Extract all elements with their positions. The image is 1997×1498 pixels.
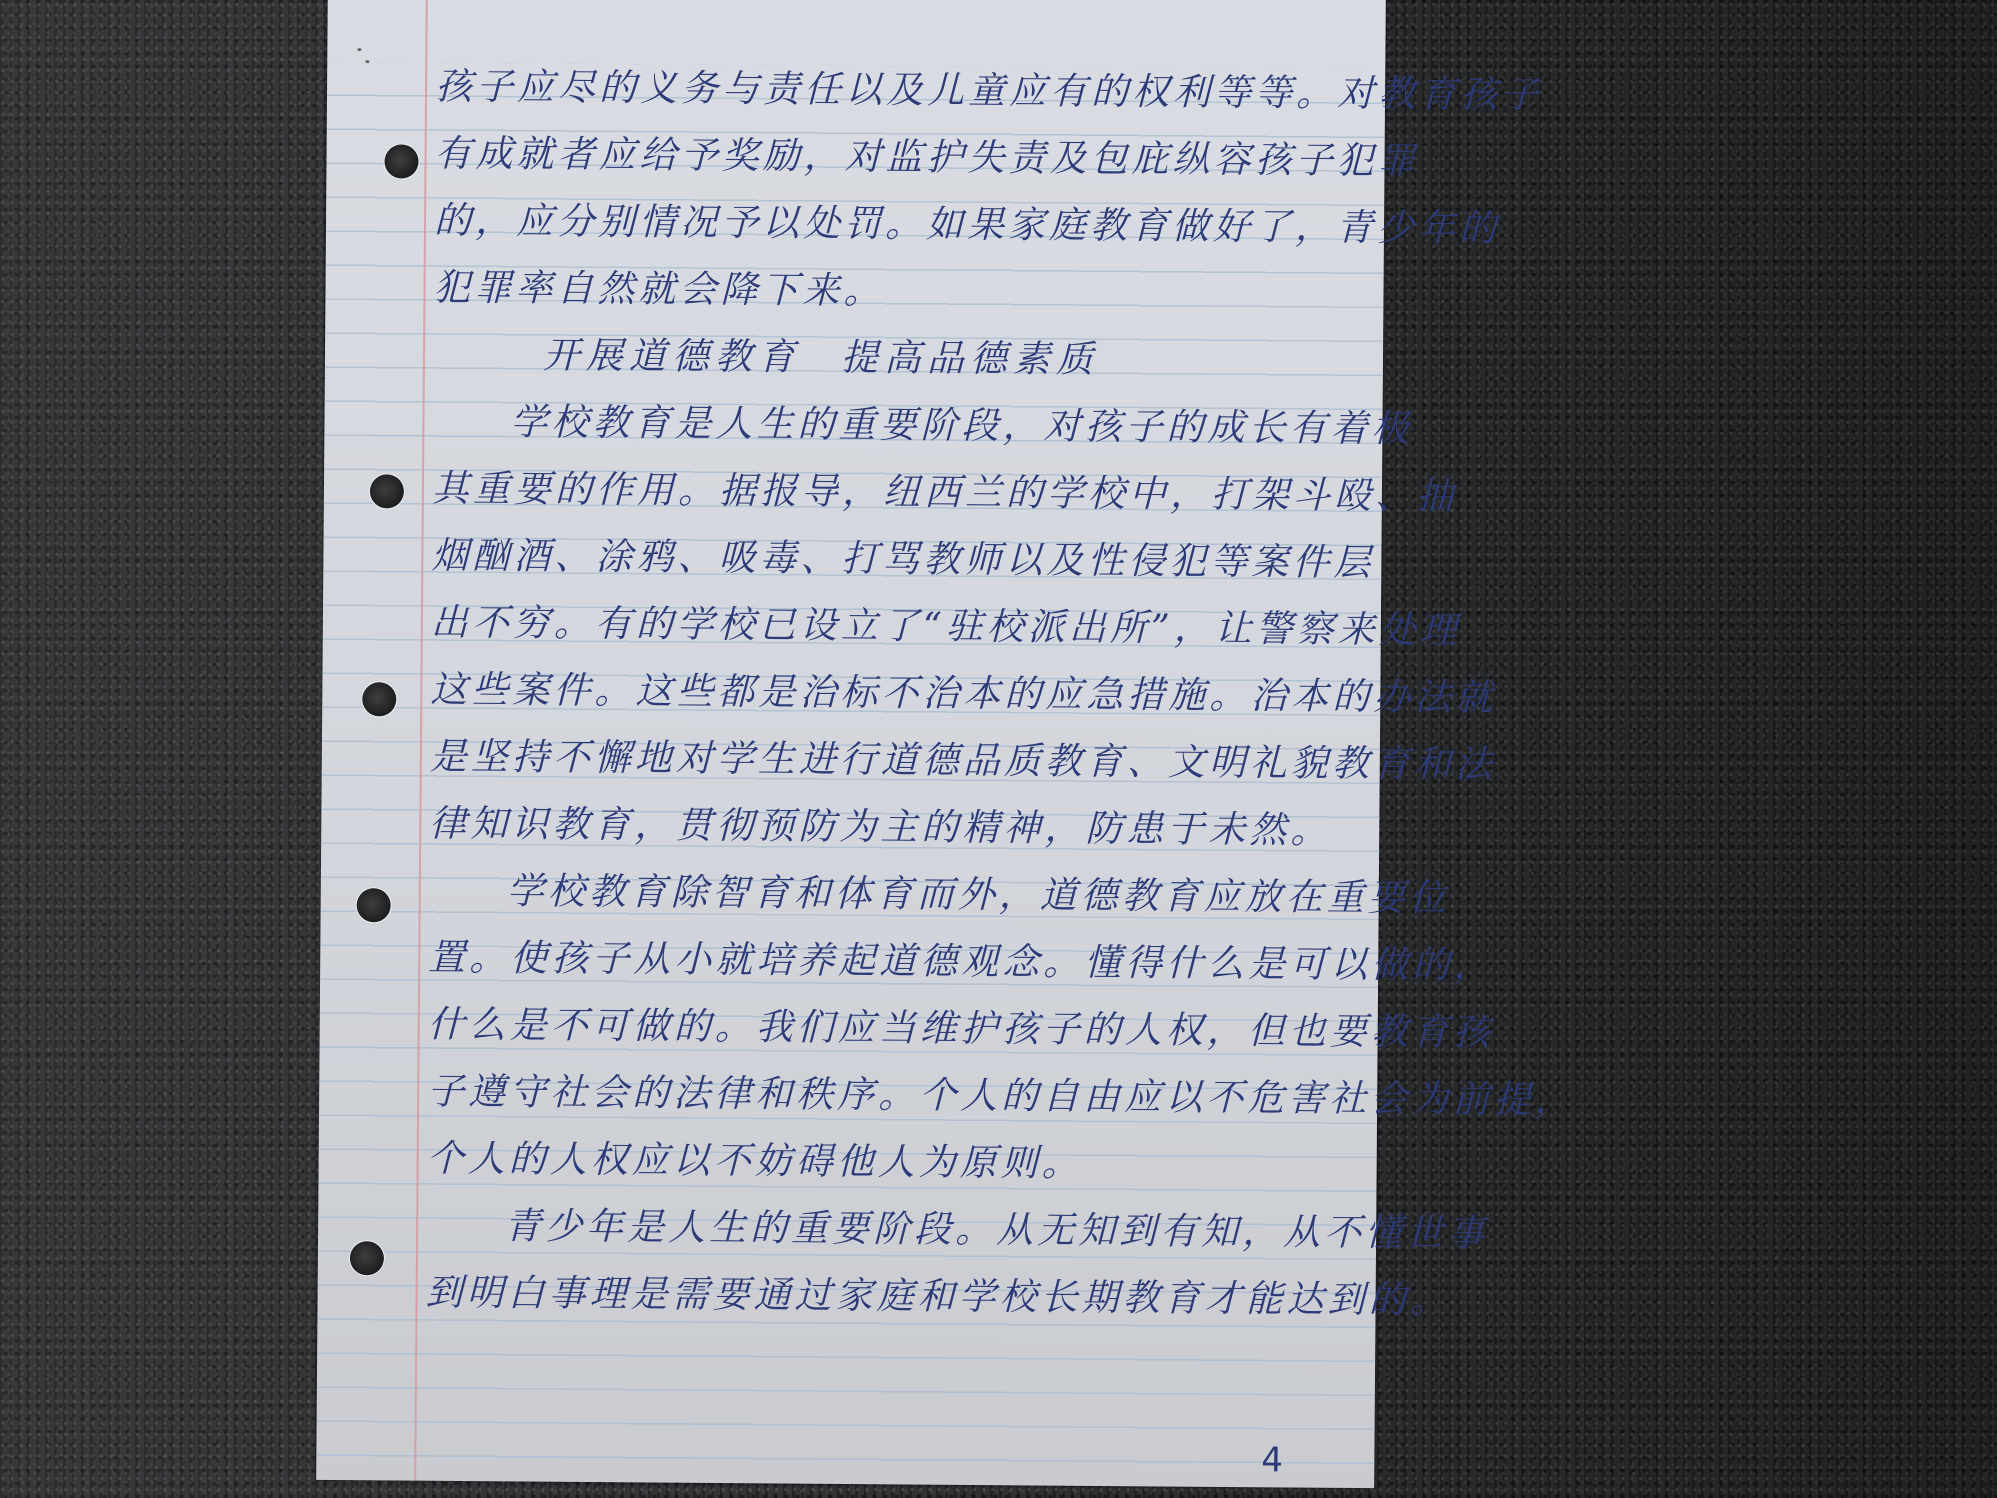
paper-speck xyxy=(365,60,369,63)
text-line: 学校教育是人生的重要阶段，对孩子的成长有着极 xyxy=(432,392,1273,466)
text-line: 什么是不可做的。我们应当维护孩子的人权，但也要教育孩 xyxy=(427,995,1268,1069)
section-heading: 开展道德教育提高品德素质 xyxy=(433,325,1274,399)
notebook-page: 孩子应尽的义务与责任以及儿童应有的权利等等。对教育孩子 有成就者应给予奖励，对监… xyxy=(316,0,1386,1488)
text-line: 其重要的作用。据报导，纽西兰的学校中，打架斗殴、抽 xyxy=(432,459,1273,533)
heading-part-1: 开展道德教育 xyxy=(543,334,801,379)
heading-part-2: 提高品德素质 xyxy=(841,336,1099,381)
text-line: 置。使孩子从小就培养起道德观念。懂得什么是可以做的， xyxy=(428,928,1269,1002)
punch-hole xyxy=(350,1241,384,1275)
text-line: 这些案件。这些都是治标不治本的应急措施。治本的办法就 xyxy=(430,660,1271,734)
text-line: 学校教育除智育和体育而外，道德教育应放在重要位 xyxy=(428,861,1269,935)
text-line: 烟酗酒、涂鸦、吸毒、打骂教师以及性侵犯等案件层 xyxy=(431,526,1272,600)
text-line: 是坚持不懈地对学生进行道德品质教育、文明礼貌教育和法 xyxy=(430,727,1271,801)
text-line: 个人的人权应以不妨碍他人为原则。 xyxy=(426,1129,1267,1203)
punch-hole xyxy=(362,682,396,716)
text-line: 犯罪率自然就会降下来。 xyxy=(433,258,1274,332)
text-line: 的，应分别情况予以处罚。如果家庭教育做好了，青少年的 xyxy=(434,191,1275,265)
text-line: 青少年是人生的重要阶段。从无知到有知，从不懂世事 xyxy=(426,1196,1267,1270)
text-line: 律知识教育，贯彻预防为主的精神，防患于未然。 xyxy=(429,794,1270,868)
page-number: 4 xyxy=(1261,1440,1283,1480)
handwritten-text: 孩子应尽的义务与责任以及儿童应有的权利等等。对教育孩子 有成就者应给予奖励，对监… xyxy=(425,57,1275,1337)
text-line: 出不穷。有的学校已设立了“驻校派出所”，让警察来处理 xyxy=(431,593,1272,667)
text-line: 有成就者应给予奖励，对监护失责及包庇纵容孩子犯罪 xyxy=(434,124,1275,198)
punch-hole xyxy=(357,888,391,922)
text-line: 到明白事理是需要通过家庭和学校长期教育才能达到的。 xyxy=(425,1263,1266,1337)
punch-hole xyxy=(384,144,418,178)
text-line: 子遵守社会的法律和秩序。个人的自由应以不危害社会为前提， xyxy=(427,1062,1268,1136)
paper-speck xyxy=(357,48,361,51)
text-line: 孩子应尽的义务与责任以及儿童应有的权利等等。对教育孩子 xyxy=(435,57,1276,131)
punch-hole xyxy=(370,474,404,508)
